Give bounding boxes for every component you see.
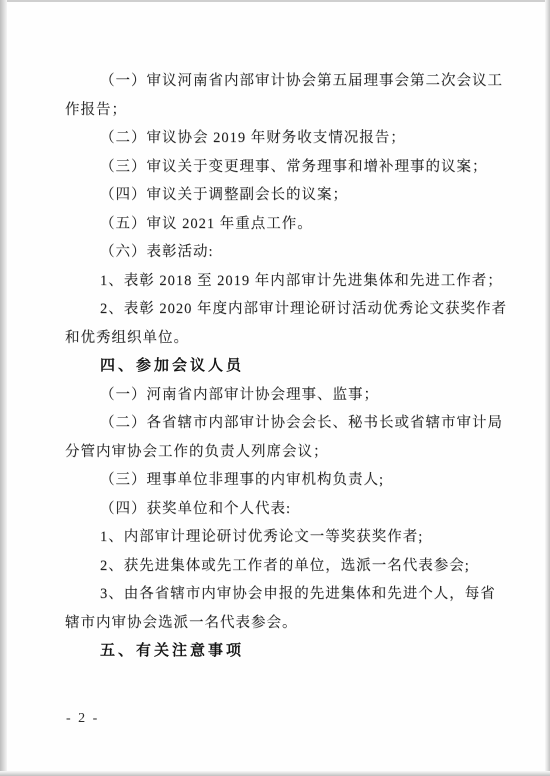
text-line: （三）审议关于变更理事、常务理事和增补理事的议案； [65, 153, 495, 182]
scan-edge-bottom [0, 771, 550, 776]
text-line: （一）河南省内部审计协会理事、监事； [65, 381, 495, 410]
text-line: （三）理事单位非理事的内审机构负责人; [65, 466, 495, 495]
text-line: （四）审议关于调整副会长的议案； [65, 181, 495, 210]
text-line: （五）审议 2021 年重点工作。 [65, 210, 495, 239]
text-line: （二）审议协会 2019 年财务收支情况报告； [65, 124, 495, 153]
text-line: 辖市内审协会选派一名代表参会。 [65, 609, 495, 638]
text-line: 3、由各省辖市内审协会申报的先进集体和先进个人，每省 [65, 580, 495, 609]
text-line: （四）获奖单位和个人代表: [65, 495, 495, 524]
text-line: 和优秀组织单位。 [65, 324, 495, 353]
text-line: 2、获先进集体或先工作者的单位，选派一名代表参会; [65, 552, 495, 581]
text-line: （二）各省辖市内部审计协会会长、秘书长或省辖市审计局 [65, 409, 495, 438]
scan-edge-right [545, 0, 550, 776]
text-line: （一）审议河南省内部审计协会第五届理事会第二次会议工 [65, 67, 495, 96]
section-heading: 四、参加会议人员 [65, 352, 495, 381]
scan-edge-left [0, 0, 7, 776]
scan-edge-top [0, 0, 550, 2]
document-page: （一）审议河南省内部审计协会第五届理事会第二次会议工作报告；（二）审议协会 20… [0, 0, 550, 776]
text-line: （六）表彰活动: [65, 238, 495, 267]
page-number: - 2 - [66, 711, 99, 727]
text-line: 分管内审协会工作的负责人列席会议； [65, 438, 495, 467]
text-line: 2、表彰 2020 年度内部审计理论研讨活动优秀论文获奖作者 [65, 295, 495, 324]
text-line: 1、表彰 2018 至 2019 年内部审计先进集体和先进工作者； [65, 267, 495, 296]
text-line: 1、内部审计理论研讨优秀论文一等奖获奖作者; [65, 523, 495, 552]
text-line: 作报告； [65, 96, 495, 125]
document-body: （一）审议河南省内部审计协会第五届理事会第二次会议工作报告；（二）审议协会 20… [65, 67, 495, 666]
section-heading: 五、有关注意事项 [65, 637, 495, 666]
